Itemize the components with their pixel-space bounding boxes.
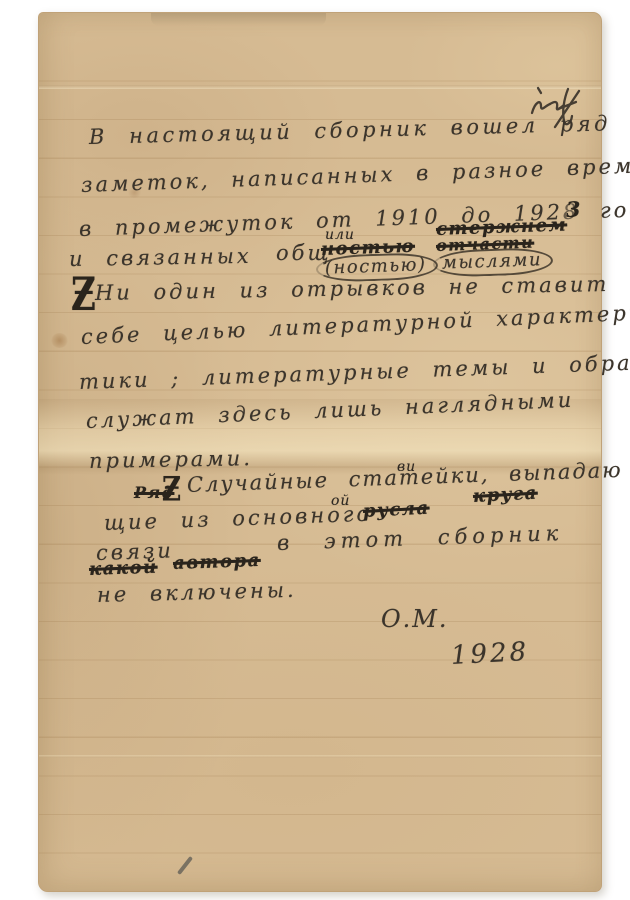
hw-line-1: В настоящий сборник вошел ряд (89, 111, 612, 149)
hw-line-3-suffix: года (600, 197, 630, 223)
paper-sheet: В настоящий сборник вошел ряд заметок, н… (38, 12, 602, 892)
hw-struck-rusla: русла (362, 498, 430, 522)
edge-smudge (151, 13, 326, 26)
fold-crease-top (39, 85, 601, 89)
hw-line-5: Ни один из отрывков не ставит (95, 272, 610, 305)
hw-line-9: примерами. (89, 446, 253, 473)
signature: О.М. (381, 605, 449, 633)
hw-line-6: себе целью литературной характерис- (80, 299, 630, 349)
hw-line-7: тики ; литературные темы и образы (79, 349, 630, 394)
hw-line-13: не включены. (97, 578, 297, 607)
hw-struck-kruga: круга (472, 483, 538, 507)
hw-struck-kakoy: какой (89, 557, 158, 580)
hw-insertion-vi: ви (397, 459, 416, 475)
hw-line-4-base: и связанных (69, 244, 252, 271)
ink-stain (51, 333, 68, 348)
manuscript-photo: В настоящий сборник вошел ряд заметок, н… (0, 0, 630, 900)
hw-insertion-oy: ой (331, 493, 350, 509)
hw-line-8: служат здесь лишь наглядными (85, 388, 574, 433)
hw-line-2: заметок, написанных в разное время, (81, 153, 630, 197)
paragraph-mark: Ƶ (162, 471, 184, 510)
date: 1928 (450, 637, 530, 671)
hw-struck-avtora: автора (173, 550, 261, 574)
pencil-mark-icon (177, 856, 193, 875)
fold-crease-bottom (39, 755, 601, 758)
